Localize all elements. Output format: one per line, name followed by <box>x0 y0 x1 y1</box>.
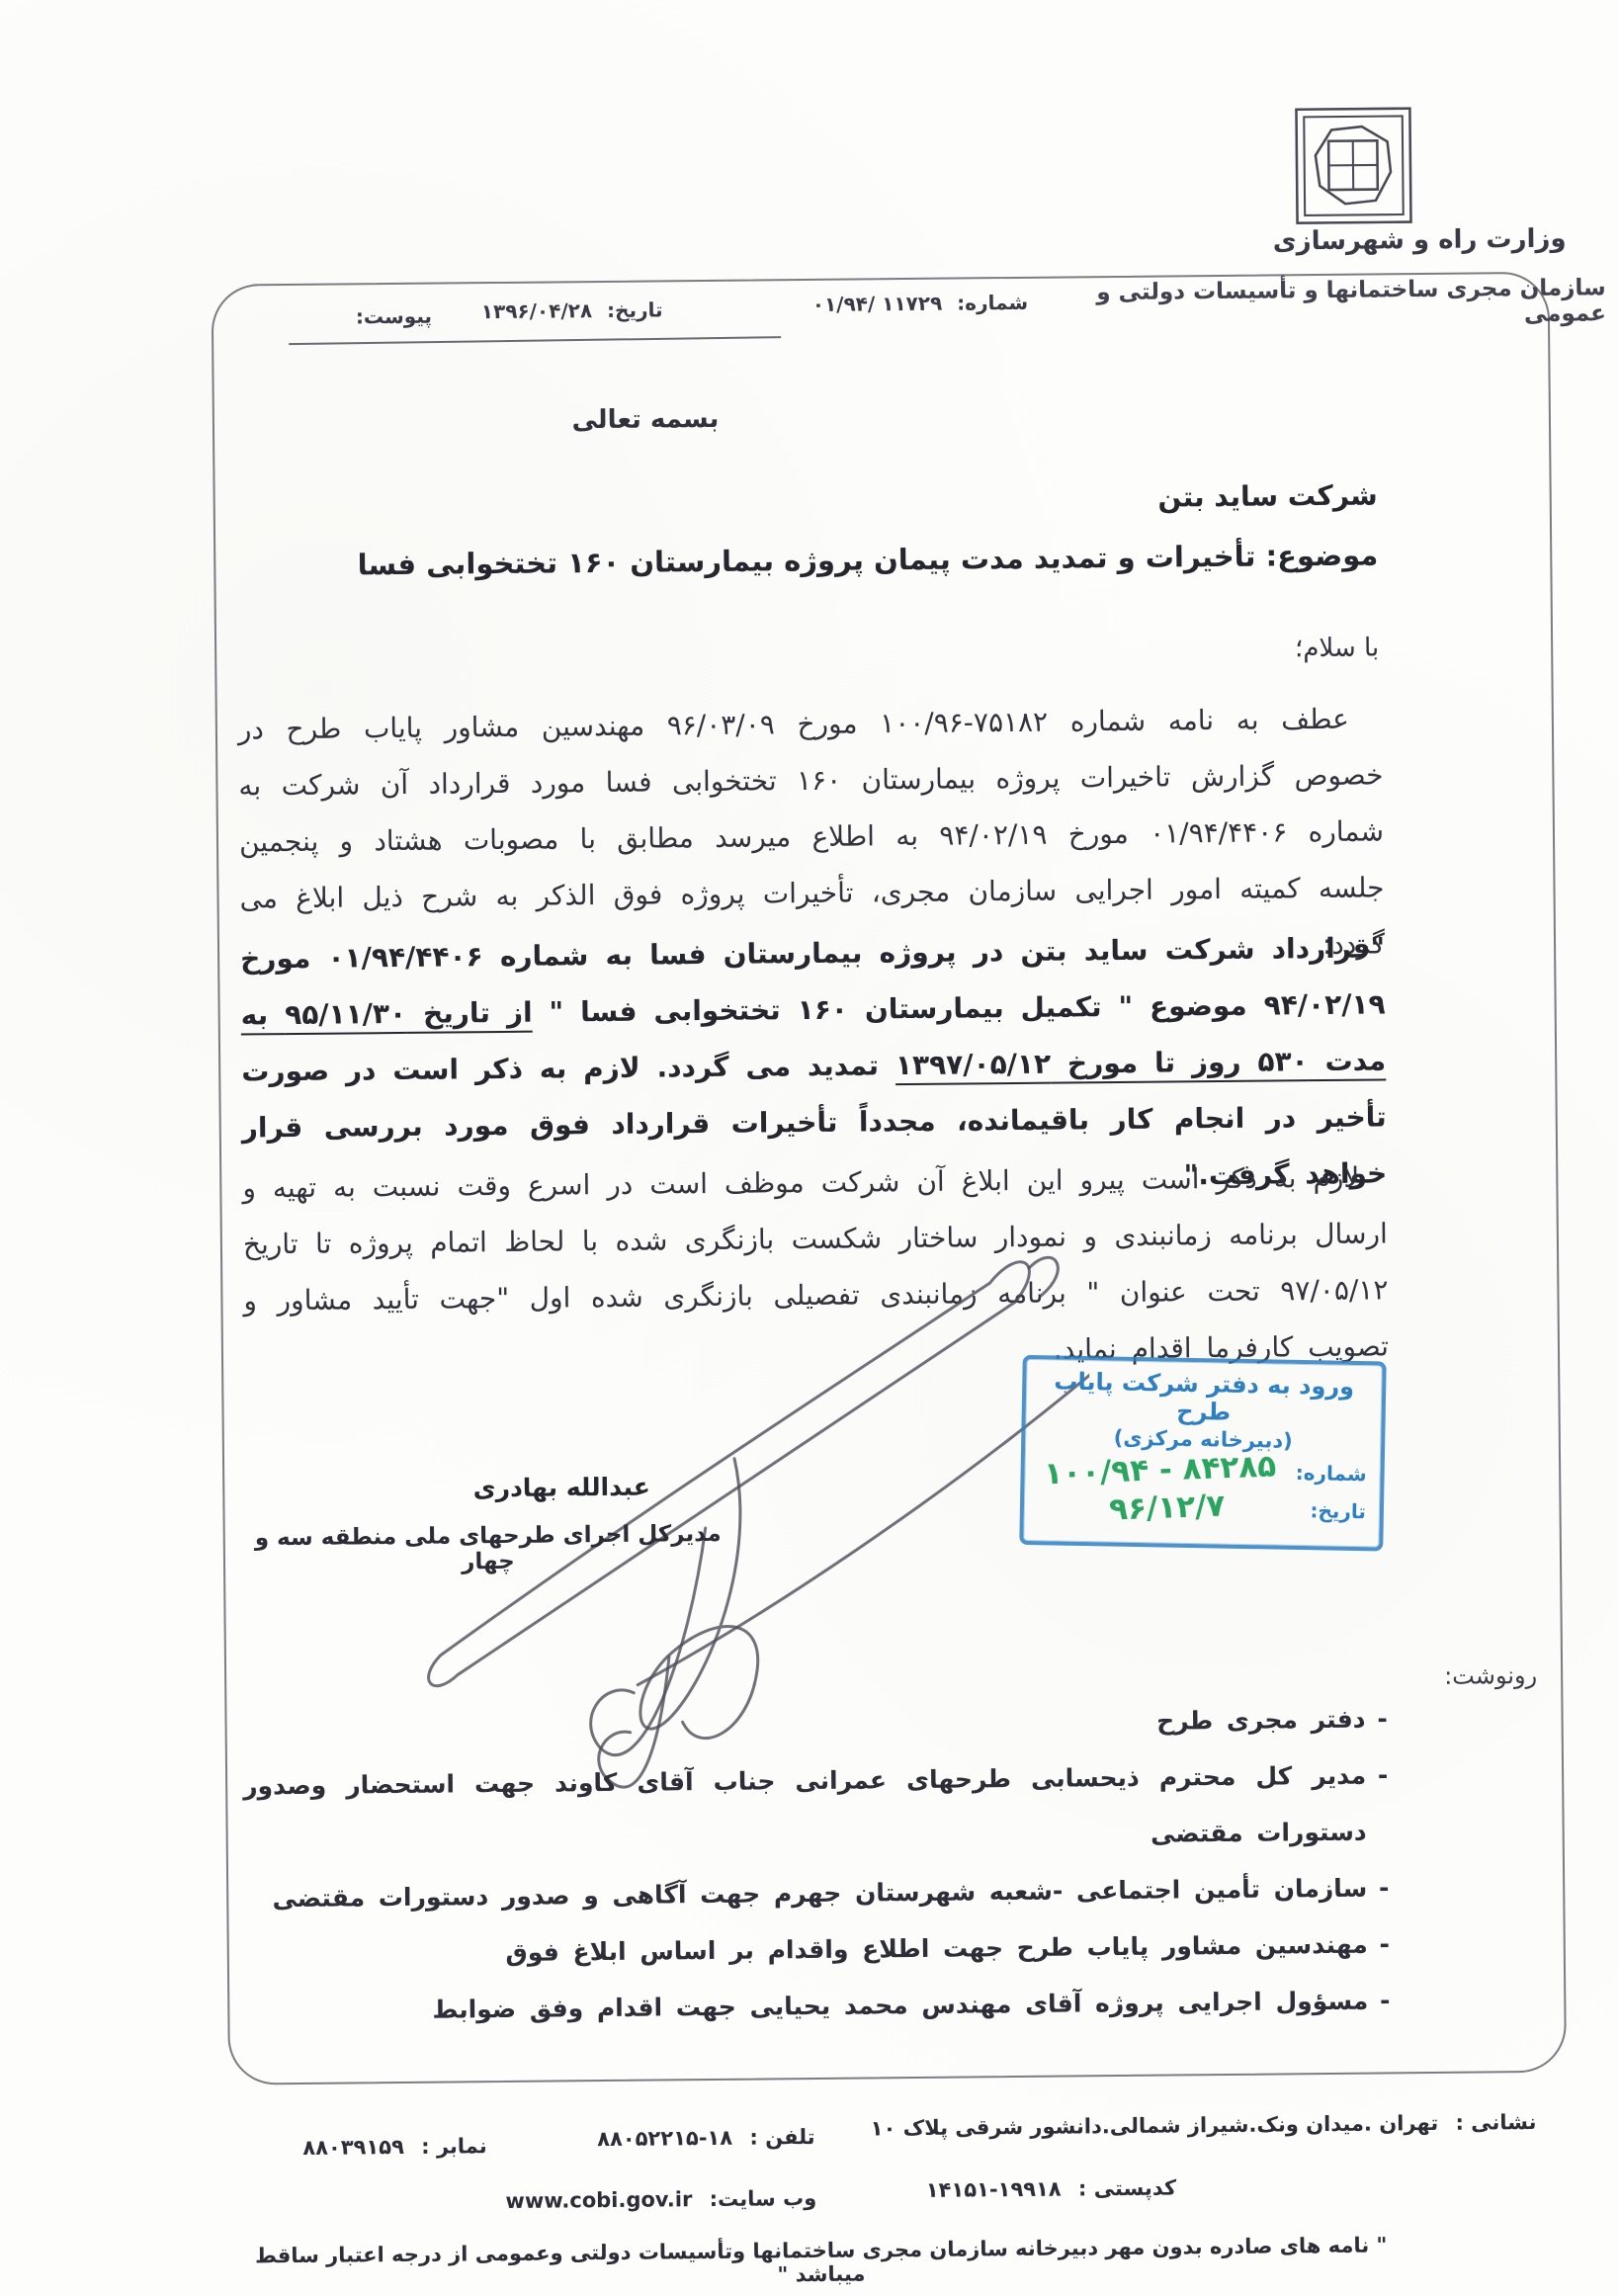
dash-bullet: - <box>1367 1915 1402 1972</box>
website-value: www.cobi.gov.ir <box>505 2187 692 2213</box>
ministry-name: وزارت راه و شهرسازی <box>1256 223 1582 256</box>
website-label: وب سایت: <box>710 2186 817 2211</box>
letter-date-field: تاریخ: ۱۳۹۶/۰۴/۲۸ <box>481 298 663 323</box>
fax-label: نمابر : <box>421 2134 487 2159</box>
cc-item: - مسؤول اجرایی پروژه آقای مهندس محمد یحی… <box>245 1972 1402 2039</box>
address-label: نشانی : <box>1455 2110 1536 2135</box>
cc-heading: رونوشت: <box>1408 1661 1537 1690</box>
cc-item-text: مسؤول اجرایی پروژه آقای مهندس محمد یحیای… <box>245 1973 1368 2040</box>
letter-number-field: شماره: ⁦۰۱/۹۴/ ۱۱۷۲۹⁩ <box>812 291 1029 316</box>
footer-phone: تلفن : ۸۸۰۵۲۲۱۵-۱۸ <box>549 2125 815 2152</box>
postal-label: کدپستی : <box>1078 2175 1176 2200</box>
dash-bullet: - <box>1365 1690 1400 1746</box>
stamp-date-label: تاریخ: <box>1310 1498 1366 1523</box>
stamp-date-handwritten: ۹۶/۱۲/۷ <box>1037 1486 1297 1530</box>
signatory-name: عبدالله بهادری <box>448 1472 675 1502</box>
scanned-letter-page: وزارت راه و شهرسازی سازمان مجری ساختمانه… <box>0 0 1619 2296</box>
letter-date-label: تاریخ: <box>607 298 663 322</box>
letter-date-value: ۱۳۹۶/۰۴/۲۸ <box>481 298 592 323</box>
ministry-logo <box>1295 107 1412 224</box>
footer-postal-code: کدپستی : ۱۴۱۵۱-۱۹۹۱۸ <box>904 2175 1176 2202</box>
signatory-title: مدیرکل اجرای طرحهای ملی منطقه سه و چهار <box>229 1521 747 1577</box>
footer-disclaimer: " نامه های صادره بدون مهر دبیرخانه سازما… <box>248 2233 1395 2291</box>
dash-bullet: - <box>1366 1746 1401 1859</box>
besmele-heading: بسمه تعالی <box>468 403 823 436</box>
phone-value: ۸۸۰۵۲۲۱۵-۱۸ <box>597 2126 732 2151</box>
phone-label: تلفن : <box>749 2125 814 2150</box>
cc-item-text: مدیر کل محترم ذیحسابی طرحهای عمرانی جناب… <box>243 1747 1367 1871</box>
letter-number-label: شماره: <box>957 291 1028 315</box>
address-value: تهران .میدان ونک.شیراز شمالی.دانشور شرقی… <box>871 2111 1439 2141</box>
receipt-stamp: ورود به دفتر شرکت پایاب طرح (دبیرخانه مر… <box>1019 1355 1386 1552</box>
letter-attachment-label: پیوست: <box>356 304 432 329</box>
fax-value: ۸۸۰۳۹۱۵۹ <box>302 2135 404 2160</box>
stamp-number-handwritten: ۱۰۰/۹۴ - ۸۴۲۸۵ <box>1038 1448 1282 1491</box>
paragraph-schedule-requirement: لازم به ذکر است پیرو این ابلاغ آن شرکت م… <box>242 1148 1389 1385</box>
letter-number-value: ⁦۰۱/۹۴/ ۱۱۷۲۹⁩ <box>812 292 943 316</box>
dash-bullet: - <box>1367 1859 1402 1915</box>
stamp-title: ورود به دفتر شرکت پایاب طرح <box>1026 1367 1383 1429</box>
organization-name: سازمان مجری ساختمانها و تأسیسات دولتی و … <box>1084 275 1606 331</box>
dash-bullet: - <box>1368 1972 1403 2028</box>
footer-website: وب سایت: www.cobi.gov.ir <box>542 2186 816 2213</box>
postal-value: ۱۴۱۵۱-۱۹۹۱۸ <box>926 2177 1062 2202</box>
cc-item: - مدیر کل محترم ذیحسابی طرحهای عمرانی جن… <box>243 1746 1401 1870</box>
footer-fax: نمابر : ۸۸۰۳۹۱۵۹ <box>262 2134 487 2160</box>
footer-address: نشانی : تهران .میدان ونک.شیراز شمالی.دان… <box>898 2110 1536 2140</box>
cc-list: - دفتر مجری طرح - مدیر کل محترم ذیحسابی … <box>242 1690 1402 2039</box>
letter-attachment-field: پیوست: <box>348 304 432 329</box>
stamp-number-label: شماره: <box>1296 1461 1367 1486</box>
